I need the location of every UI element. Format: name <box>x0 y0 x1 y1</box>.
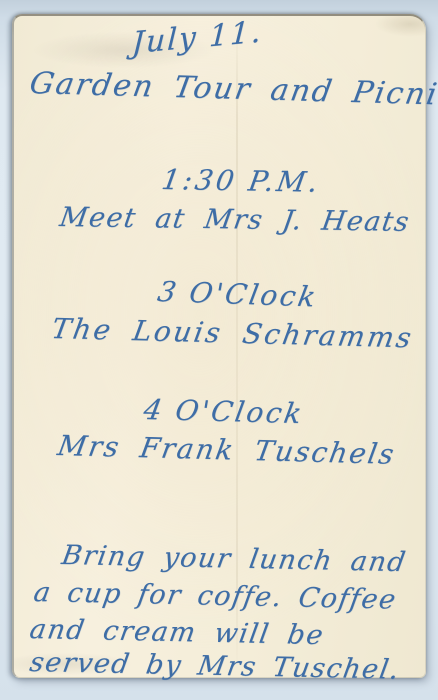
schedule-2-detail: The Louis Schramms <box>49 312 416 354</box>
title-line: Garden Tour and Picnic <box>27 66 438 113</box>
photo-background: July 11. Garden Tour and Picnic 1:30 P.M… <box>0 0 438 700</box>
note-line: a cup for coffe. Coffee <box>31 577 399 615</box>
schedule-3-time: 4 O'Clock <box>141 393 306 430</box>
schedule-3-detail: Mrs Frank Tuschels <box>55 429 398 471</box>
postcard: July 11. Garden Tour and Picnic 1:30 P.M… <box>12 14 426 678</box>
note-line: served by Mrs Tuschel. <box>27 647 402 686</box>
date-line: July 11. <box>131 14 263 61</box>
note-line: Bring your lunch and <box>59 540 408 578</box>
schedule-1-time: 1:30 P.M. <box>159 163 323 199</box>
note-line: and cream will be <box>27 614 326 651</box>
schedule-2-time: 3 O'Clock <box>155 275 320 313</box>
schedule-1-detail: Meet at Mrs J. Heats <box>58 202 413 238</box>
